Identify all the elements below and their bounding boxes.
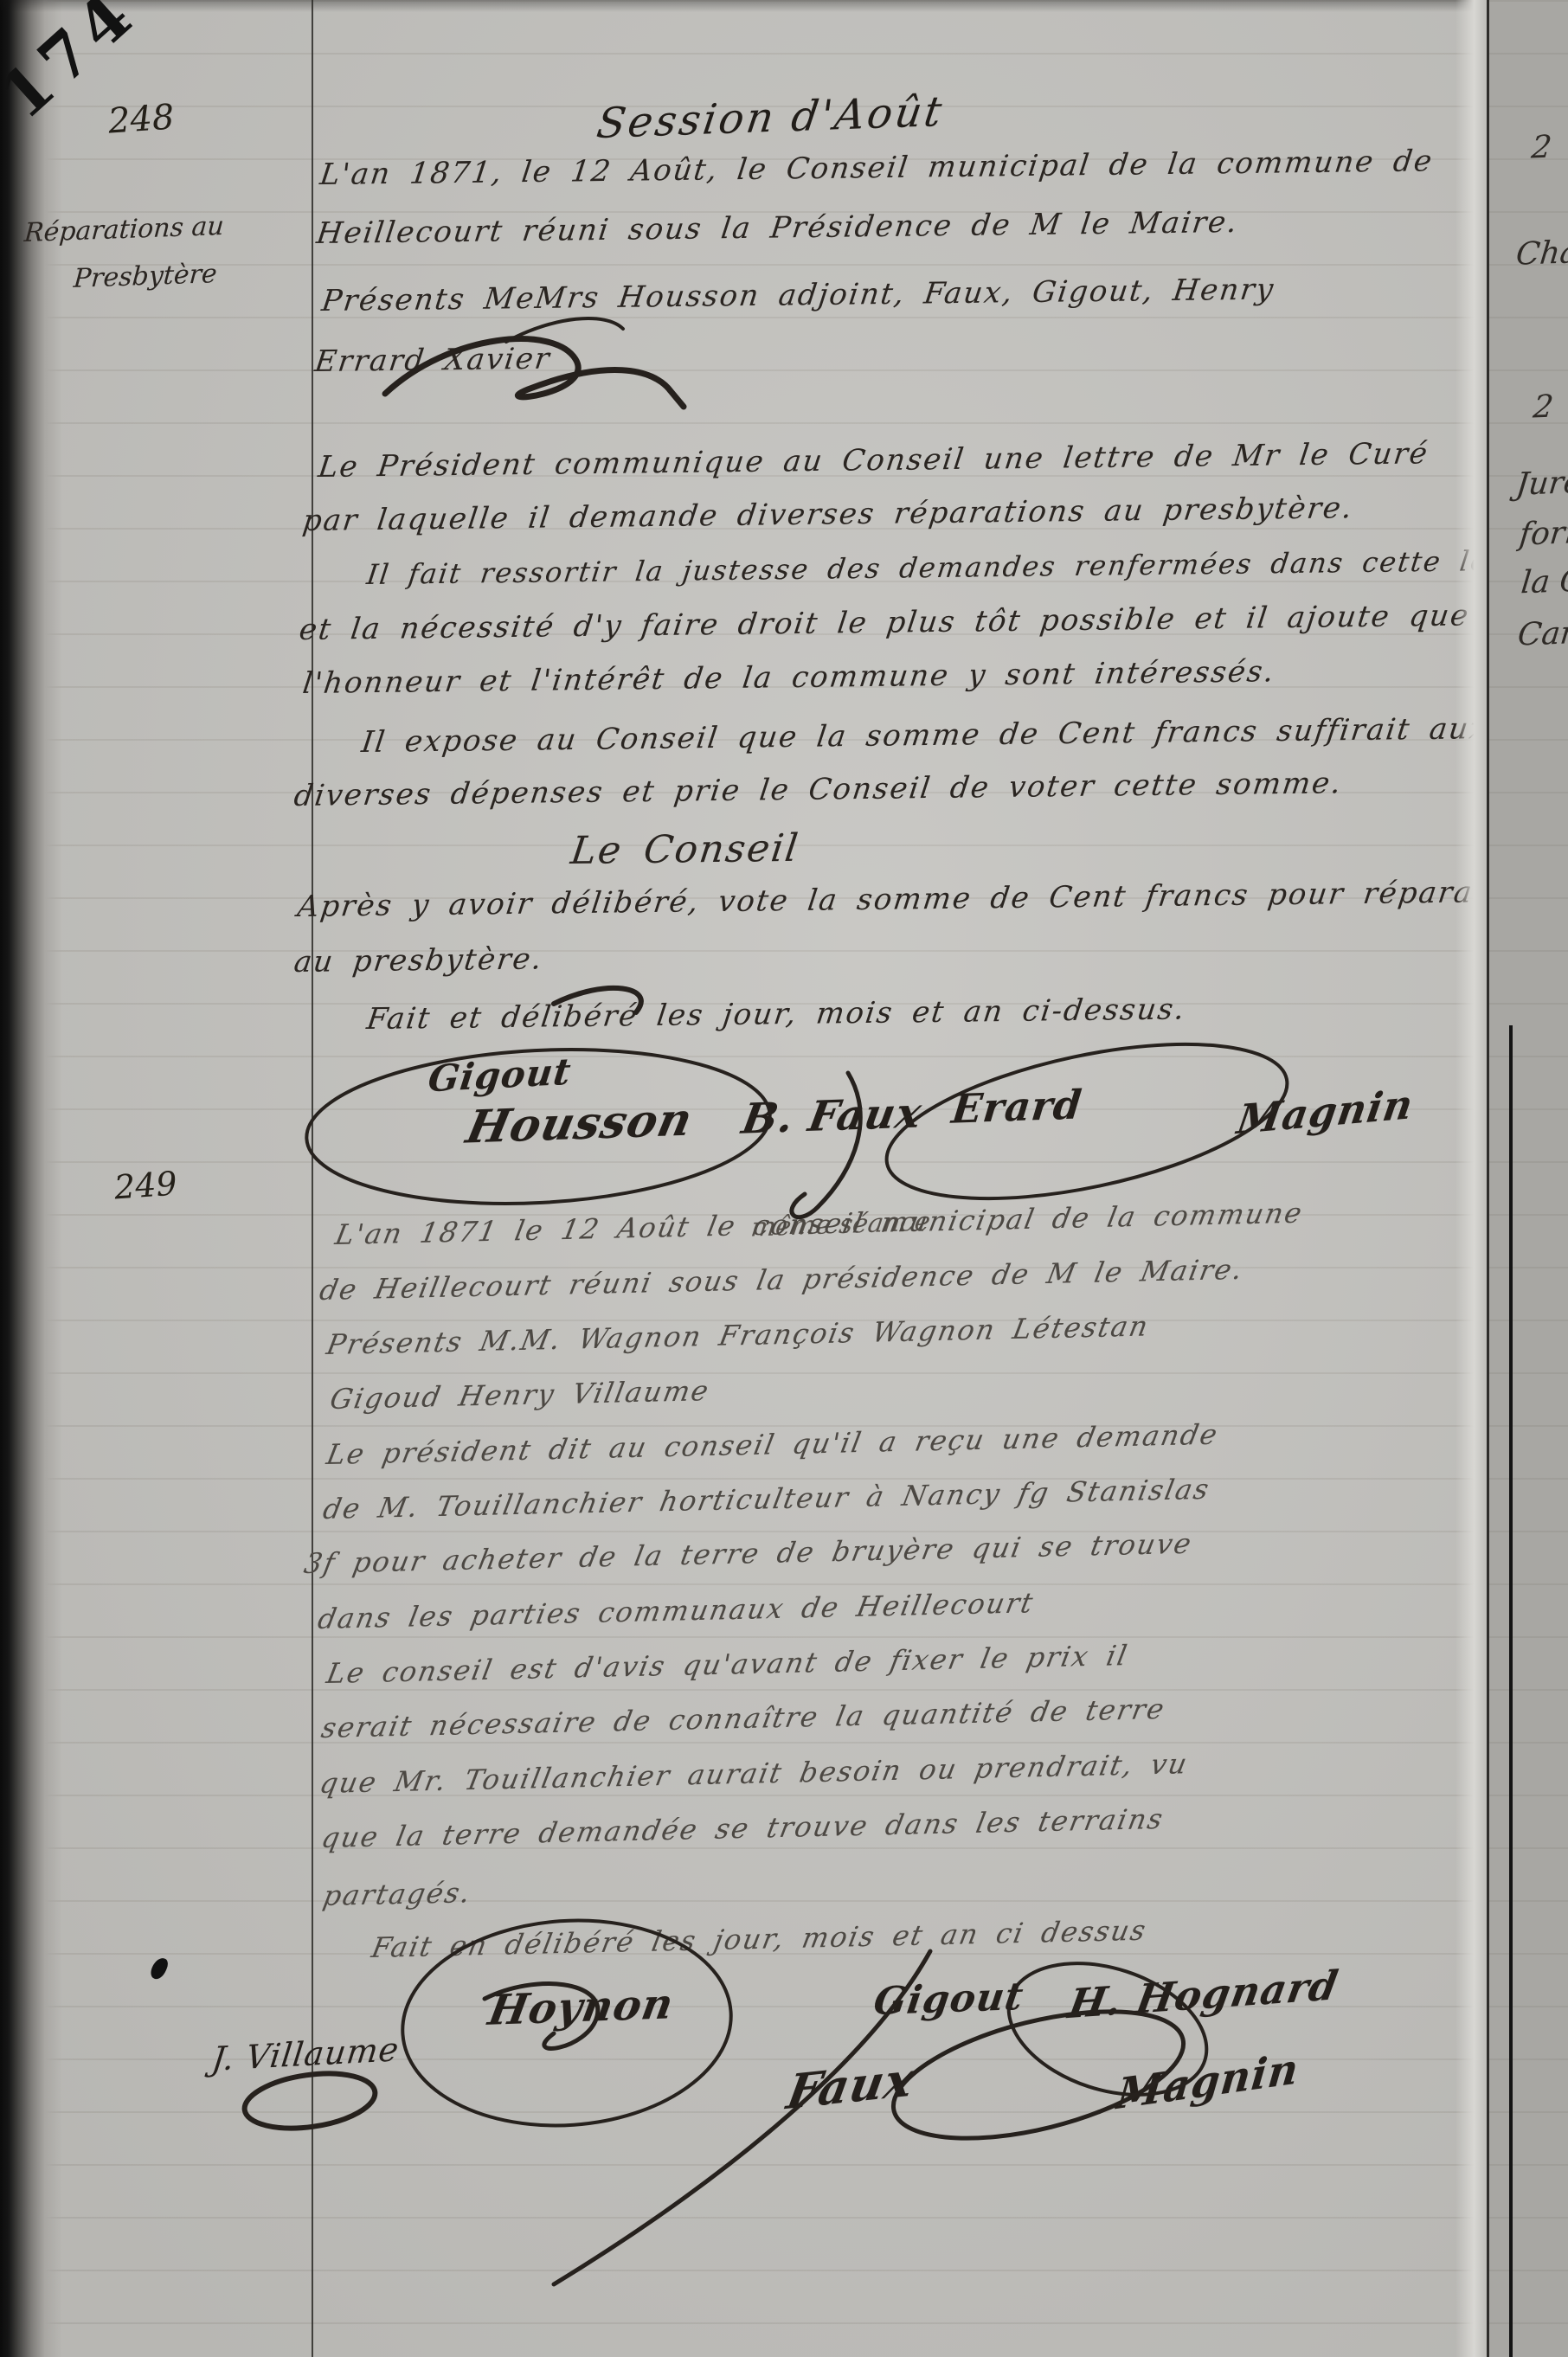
body-line: Gigoud Henry Villaume (327, 1374, 712, 1416)
body-line: Heillecourt réuni sous la Présidence de … (314, 205, 1240, 251)
register-scan-page: 174 248 Réparations au Presbytère Sessio… (0, 0, 1568, 2357)
signature-oval (241, 2066, 379, 2136)
signature: Gigout (426, 1050, 574, 1100)
margin-note-line: Réparations au (23, 211, 225, 248)
body-line: Errard Xavier (312, 342, 552, 379)
entry-margin-number: 249 (113, 1165, 178, 1207)
body-line: Le Conseil (569, 826, 802, 873)
ink-blot (148, 1956, 170, 1981)
margin-rule-line (312, 0, 313, 2357)
next-page-margin-line (1509, 1025, 1513, 2357)
signature: Faux (783, 2051, 919, 2121)
signature: Magnin (1115, 2045, 1301, 2120)
body-line: Il expose au Conseil que la somme de Cen… (359, 711, 1490, 760)
body-line: L'an 1871, le 12 Août, le Conseil munici… (318, 144, 1435, 192)
top-edge-shadow (0, 0, 1568, 12)
body-line: de Heillecourt réuni sous la présidence … (317, 1253, 1246, 1307)
body-line: au presbytère. (292, 941, 545, 979)
next-page-fragment: form (1518, 514, 1568, 552)
body-line: partagés. (320, 1876, 474, 1912)
body-line: L'an 1871 le 12 Août le conseil municipa… (332, 1197, 1306, 1252)
body-line: Fait en délibéré les jour, mois et an ci… (369, 1914, 1149, 1964)
body-line: serait nécessaire de connaître la quanti… (318, 1692, 1168, 1744)
paraph-flourish (506, 318, 623, 342)
next-page-fragment: 2 (1532, 389, 1555, 426)
session-title: Session d'Août (594, 87, 947, 148)
body-line: diverses dépenses et prie le Conseil de … (292, 766, 1344, 813)
margin-note-line: Presbytère (73, 259, 218, 294)
body-line: que la terre demandée se trouve dans les… (318, 1802, 1166, 1854)
next-page-fragment: Cant (1516, 614, 1568, 652)
body-line: Fait et délibéré les jour, mois et an ci… (364, 992, 1187, 1037)
body-line: Après y avoir délibéré, vote la somme de… (295, 874, 1557, 924)
signature: Magnin (1234, 1081, 1417, 1144)
entry-margin-number: 248 (106, 97, 175, 141)
binding-shadow (0, 0, 62, 2357)
body-line: que Mr. Touillanchier aurait besoin ou p… (317, 1747, 1191, 1800)
next-page-fragment: Chap (1514, 234, 1568, 273)
next-page-sliver (1487, 0, 1568, 2357)
body-line: de M. Touillanchier horticulteur à Nancy… (320, 1473, 1212, 1525)
page-edge-gap (1456, 0, 1487, 2357)
body-line: et la nécessité d'y faire droit le plus … (297, 598, 1471, 647)
signature: H. Hognard (1065, 1962, 1342, 2028)
body-line: Le Président communique au Conseil une l… (316, 436, 1430, 485)
signature: Hoynon (485, 1980, 678, 2035)
body-line: Présents MeMrs Housson adjoint, Faux, Gi… (319, 273, 1276, 319)
next-page-fragment: Jurés (1514, 464, 1568, 502)
signature-oval (873, 1015, 1300, 1229)
body-line: l'honneur et l'intérêt de la commune y s… (300, 654, 1277, 701)
signature: Housson (462, 1093, 698, 1154)
body-line: par laquelle il demande diverses réparat… (300, 491, 1355, 538)
body-line: Le président dit au conseil qu'il a reçu… (324, 1418, 1221, 1472)
signature: Gigout (871, 1975, 1026, 2024)
body-line: Il fait ressortir la justesse des demand… (365, 543, 1550, 591)
body-line: Le conseil est d'avis qu'avant de fixer … (324, 1639, 1131, 1690)
signature: J. Villaume (209, 2030, 401, 2078)
signature: B. Faux (738, 1089, 926, 1144)
body-line: 3f pour acheter de la terre de bruyère q… (301, 1527, 1195, 1580)
body-line: dans les parties communaux de Heillecour… (315, 1586, 1037, 1635)
next-page-fragment: 2 (1530, 130, 1553, 166)
signature: Erard (949, 1081, 1084, 1132)
body-line: Présents M.M. Wagnon François Wagnon Lét… (324, 1309, 1152, 1361)
next-page-fragment: la C (1520, 563, 1568, 601)
